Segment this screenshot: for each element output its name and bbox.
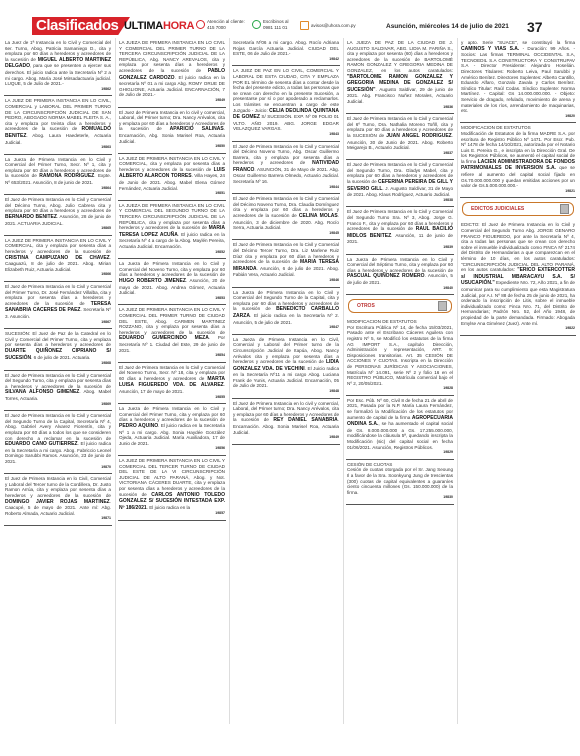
column-divider bbox=[229, 38, 230, 724]
ad-name: HUGO ROBERTO JIMENEZ bbox=[119, 278, 186, 284]
ad-body: La Jueza de Primera Instancia en lo Civi… bbox=[119, 261, 225, 277]
ad-name: RAMONA RODRIGUEZ bbox=[39, 173, 94, 179]
ad-code: 19865 bbox=[5, 226, 111, 232]
ad-code: 19840 bbox=[347, 286, 453, 292]
ad-name: EDUARDO CANO GUTIERREZ bbox=[5, 441, 78, 447]
column-2: LA JUEZA DE PRIMERA INSTANCIA EN LO CIVI… bbox=[118, 38, 226, 724]
classified-ad: El Juez de Primera Instancia en lo civil… bbox=[118, 108, 226, 154]
ad-body: La Jueza de Primera Instancia en lo Civi… bbox=[119, 406, 225, 422]
ad-code: 19849 bbox=[233, 435, 339, 441]
newspaper-logo: ULTIMAHORA bbox=[124, 19, 194, 33]
ad-body-tail: Expediente Nro. 72, Año 2021, a fin de c… bbox=[461, 280, 575, 325]
column-3: Secretaría Nº06 a mi cargo. Abog. Rocío … bbox=[232, 38, 340, 724]
ad-body: Por Escritura Pública Nº 14, de fecha 15… bbox=[347, 325, 453, 386]
column-divider bbox=[343, 38, 344, 724]
classified-ad: El Juez de Primera Instancia en lo Civil… bbox=[346, 207, 454, 254]
ad-name: SILVANA ALFONSO GIMENEZ bbox=[5, 389, 79, 395]
ad-code: 19847 bbox=[233, 325, 339, 331]
ad-code: 19856 bbox=[119, 446, 225, 452]
ad-code: 19852 bbox=[119, 250, 225, 256]
ad-body: La Jueza de Primera Instancia en lo Civi… bbox=[233, 337, 339, 364]
classified-ad: LA JUEZ DE PRIMERA INSTANCIA EN LO CIVIL… bbox=[118, 154, 226, 201]
ad-name: EDUARDO GUMERCINDO MEZA bbox=[119, 335, 209, 341]
classified-ad: LA JUEZ DE PRIMERA INSTANCIA EN LO CIVIL… bbox=[4, 96, 112, 154]
classified-ad: El Juez de Primera Instancia en lo Civil… bbox=[232, 142, 340, 195]
ad-name: CRISTINA CAMPUZANO DE CHAVEZ bbox=[5, 255, 110, 261]
page-header: Clasificados ULTIMAHORA Atención al clie… bbox=[0, 14, 580, 36]
section-header-edictos: EDICTOS JUDICIALES bbox=[462, 202, 574, 216]
classified-ad: El Juez de Primera Instancia en lo Civil… bbox=[346, 160, 454, 207]
ad-code: 19822 bbox=[461, 326, 575, 332]
ad-body: LA JUEZ DE PRIMERA INSTANCIA EN LO CIVIL… bbox=[5, 238, 111, 254]
classified-ad: SUCESIÓN: El Juez de Paz de la Catedral … bbox=[4, 329, 112, 371]
ad-body: LA JUEZ DE PAZ EN LO CIVIL, COMERCIAL Y … bbox=[233, 68, 339, 112]
classified-ad: La Jueza de Primera Instancia en lo Civi… bbox=[232, 288, 340, 335]
classified-ad: CESIÓN DE CUOTASCesión de cuotas otorgad… bbox=[346, 460, 454, 505]
classified-ad: EDICTO: El Juez de Primera Instancia en … bbox=[460, 220, 576, 335]
contact-whatsapp: Escribinos al0981 111 01 bbox=[252, 19, 289, 30]
mail-icon bbox=[300, 21, 309, 30]
classified-ad: MODIFICACION DE ESTATUTOSModificación de… bbox=[460, 123, 576, 198]
ad-body: Secretaría Nº06 a mi cargo. Abog. Rocío … bbox=[233, 40, 339, 56]
ad-code: 19837 bbox=[347, 151, 453, 157]
ad-body: El Juez de Primera Instancia en lo Civil… bbox=[5, 476, 111, 498]
classified-ad: El Juez de Primera Instancia en lo Civil… bbox=[4, 411, 112, 474]
ad-code: 19849 bbox=[119, 98, 225, 104]
ad-name: APARICIO SALINAS bbox=[170, 126, 224, 132]
ad-name: JUAN ANGEL RODRIGUEZ bbox=[386, 133, 451, 139]
ad-code: 19867 bbox=[5, 320, 111, 326]
ad-body: LA JUEZ DE PRIMERA INSTANCIA EN LO CIVIL… bbox=[119, 156, 225, 172]
column-4: LA JUEZA DE PAZ DE LA CIUDAD DE J. AUGUS… bbox=[346, 38, 454, 724]
classified-ad: El Juez de Primera Instancia en lo Civil… bbox=[4, 474, 112, 526]
ad-name: PASCUAL QUIÑONEZ ROMERO bbox=[347, 273, 425, 279]
ad-code: 19857 bbox=[119, 511, 225, 517]
ad-code: 19830 bbox=[347, 495, 453, 501]
ad-code: 19868 bbox=[5, 361, 111, 367]
classified-ad: MODIFICACION DE ESTATUTOSPor Escritura P… bbox=[346, 317, 454, 396]
ad-body-tail: . El juicio radica en la bbox=[147, 505, 190, 510]
ad-body: LA JUEZA DE PAZ DE LA CIUDAD DE J. AUGUS… bbox=[347, 40, 453, 73]
ad-body-tail: - Duración: 99 Años. - Socios: Las firma… bbox=[461, 46, 575, 114]
ad-code: 19855 bbox=[119, 395, 225, 401]
ad-name: PEDRO AQUINO bbox=[119, 423, 158, 429]
whatsapp-icon bbox=[252, 20, 261, 29]
classified-ad: LA JUEZA DE PRIMERA INSTANCIA EN LO CIVI… bbox=[118, 38, 226, 108]
ad-code: 19854 bbox=[119, 353, 225, 359]
ad-body: LA JUEZ DE PRIMERA INSTANCIA EN LO CIVIL… bbox=[119, 307, 225, 334]
gavel-icon bbox=[560, 204, 569, 214]
ad-code: 19864 bbox=[5, 186, 111, 192]
classified-ad: El Juez de Primera Instancia en lo Civil… bbox=[346, 114, 454, 160]
classified-ad: y apto. Serie "SUACE", se constituyó la … bbox=[460, 38, 576, 123]
ad-code: 19846 bbox=[233, 278, 339, 284]
ad-name: BERNARDO BENITEZ bbox=[5, 214, 57, 220]
ad-body: La Jueza de Primera Instancia en lo Civi… bbox=[347, 257, 453, 273]
dateline: Asunción, miércoles 14 de julio de 2021 bbox=[386, 23, 509, 30]
classified-ad: El Juez de Primera Instancia en lo Civil… bbox=[118, 363, 226, 405]
ad-code: 19848 bbox=[233, 389, 339, 395]
contact-phone: Atención al cliente:415 7000 bbox=[196, 19, 245, 30]
phone-icon bbox=[196, 20, 205, 29]
ad-code: 19871 bbox=[5, 516, 111, 522]
ad-code: 19820 bbox=[461, 114, 575, 120]
classified-ad: Secretaría Nº06 a mi cargo. Abog. Rocío … bbox=[232, 38, 340, 66]
ad-code: 19836 bbox=[347, 105, 453, 111]
column-1: La Juez de 1ª Instancia en lo Civil y Co… bbox=[4, 38, 112, 724]
ad-code: 19838 bbox=[347, 198, 453, 204]
classified-ad: La Jueza de Primera Instancia en lo Civi… bbox=[118, 404, 226, 456]
ad-code: 19863 bbox=[5, 145, 111, 151]
ad-name: CELINA MOLAS bbox=[299, 213, 338, 219]
ad-name: REY DANIEL SANABRIA bbox=[273, 417, 337, 423]
ad-code: 19870 bbox=[5, 465, 111, 471]
ad-code: 19829 bbox=[347, 450, 453, 456]
section-header-otros: OTROS bbox=[348, 299, 452, 313]
ad-code: 19839 bbox=[347, 245, 453, 251]
ad-body: El Juez de Primera Instancia en lo Civil… bbox=[5, 373, 111, 389]
ad-body: El Juez de Primera Instancia en lo Civil… bbox=[5, 197, 111, 213]
classified-ad: El Juez de Primera Instancia en lo Civil… bbox=[4, 195, 112, 236]
classified-ad: LA JUEZ DE PRIMERA INSTANCIA EN LO CIVIL… bbox=[118, 456, 226, 521]
classified-ad: La Jueza de Primera Instancia en lo Civi… bbox=[4, 155, 112, 196]
classified-ad: La Juez de 1ª Instancia en lo Civil y Co… bbox=[4, 38, 112, 96]
classified-ad: La Jueza de Primera Instancia en lo Civi… bbox=[346, 255, 454, 296]
classified-ad: LA JUEZ DE PRIMERA INSTANCIA EN LO CIVIL… bbox=[118, 305, 226, 362]
section-title: Clasificados bbox=[32, 17, 130, 35]
ad-code: 19845 bbox=[233, 231, 339, 237]
classified-ad: La Jueza de Primera Instancia en lo Civi… bbox=[118, 259, 226, 305]
ad-code: 19842 bbox=[233, 57, 339, 63]
contact-email: avisos@uhora.com.py bbox=[300, 21, 356, 30]
ad-body: EDICTO: El Juez de Primera Instancia en … bbox=[461, 222, 575, 272]
classified-ad: El Juez de Primera Instancia en lo Civil… bbox=[232, 194, 340, 240]
ad-body-tail: . 6 de julio de 2021. Actuaria. bbox=[31, 355, 90, 360]
ad-name: DOMINGO JAVIER ROJAS MARTINEZ bbox=[5, 499, 110, 505]
ad-body: y apto. Serie "SUACE", se constituyó la … bbox=[461, 40, 575, 45]
page-number: 37 bbox=[527, 19, 543, 35]
ad-name: CAMINOS Y VIAS S.A. bbox=[461, 46, 519, 52]
ad-code: 19821 bbox=[461, 189, 575, 195]
ad-body: Cesión de cuotas otorgada por el Sr. Jan… bbox=[347, 467, 453, 494]
classified-ad: LA JUEZA DE PRIMERA INSTANCIA EN LO CIVI… bbox=[118, 201, 226, 259]
column-5: y apto. Serie "SUACE", se constituyó la … bbox=[460, 38, 576, 724]
column-divider bbox=[457, 38, 458, 724]
classified-ad: Por Esc. Púb. Nº 60, Civil 8 de fecha 21… bbox=[346, 396, 454, 460]
ad-body: SUCESIÓN: El Juez de Paz de la Catedral … bbox=[5, 331, 111, 347]
ad-code: 19866 bbox=[5, 272, 111, 278]
ad-body: El Juez de Primera Instancia en lo Civil… bbox=[5, 413, 111, 440]
column-divider bbox=[115, 38, 116, 724]
classified-ad: LA JUEZ DE PRIMERA INSTANCIA EN LO CIVIL… bbox=[4, 236, 112, 282]
ad-code: 19851 bbox=[119, 191, 225, 197]
gavel-icon bbox=[438, 301, 447, 311]
ad-code: 19844 bbox=[233, 185, 339, 191]
ad-code: 19853 bbox=[119, 296, 225, 302]
classified-ad: LA JUEZ DE PAZ EN LO CIVIL, COMERCIAL Y … bbox=[232, 66, 340, 141]
classified-ad: El Juez de Primera Instancia en lo civil… bbox=[232, 399, 340, 445]
classified-ad: El Juez de Primera Instancia en lo Civil… bbox=[232, 240, 340, 287]
ad-code: 19869 bbox=[5, 402, 111, 408]
ad-code: 19843 bbox=[233, 132, 339, 138]
ad-code: 19850 bbox=[119, 144, 225, 150]
classified-ad: LA JUEZA DE PAZ DE LA CIUDAD DE J. AUGUS… bbox=[346, 38, 454, 114]
classified-ad: El Juez de Primera Instancia en lo Civil… bbox=[4, 371, 112, 412]
ad-code: 19862 bbox=[5, 87, 111, 93]
classified-ad: La Jueza de Primera Instancia en lo Civi… bbox=[232, 335, 340, 399]
ad-code: 19828 bbox=[347, 386, 453, 392]
classified-ad: El Juez de Primera Instancia en lo Civil… bbox=[4, 282, 112, 329]
